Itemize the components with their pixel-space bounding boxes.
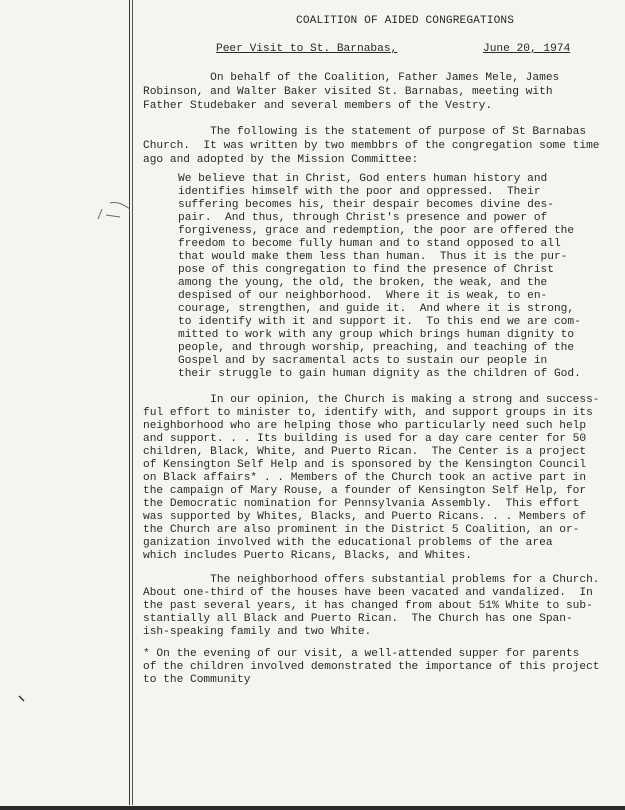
text-line: The neighborhood offers substantial prob… [143, 574, 600, 586]
text-line: Father Studebaker and several members of… [143, 100, 492, 112]
text-line: of Kensington Self Help and is sponsored… [143, 459, 586, 471]
text-line: people, and through worship, preaching, … [178, 342, 574, 354]
text-line: forgiveness, grace and redemption, the p… [178, 225, 574, 237]
text-line: Robinson, and Walter Baker visited St. B… [143, 86, 553, 98]
text-line: mitted to work with any group which brin… [178, 329, 574, 341]
text-line: Gospel and by sacramental acts to sustai… [178, 355, 547, 367]
margin-rule [129, 0, 130, 805]
text-line: Church. It was written by two membbrs of… [143, 140, 600, 152]
document-page: COALITION OF AIDED CONGREGATIONS Peer Vi… [0, 0, 625, 810]
page-bottom-edge [0, 806, 625, 810]
text-line: and support. . . Its building is used fo… [143, 433, 586, 445]
text-line: We believe that in Christ, God enters hu… [178, 173, 547, 185]
organization-title: COALITION OF AIDED CONGREGATIONS [296, 15, 514, 27]
text-line: the past several years, it has changed f… [143, 600, 593, 612]
text-line: identifies himself with the poor and opp… [178, 186, 541, 198]
text-line: the Church are also prominent in the Dis… [143, 524, 579, 536]
text-line: on Black affairs* . . Members of the Chu… [143, 472, 586, 484]
text-line: the campaign of Mary Rouse, a founder of… [143, 485, 586, 497]
ink-speck-icon [18, 695, 26, 703]
text-line: In our opinion, the Church is making a s… [143, 394, 600, 406]
document-subject: Peer Visit to St. Barnabas, [216, 43, 397, 55]
document-date: June 20, 1974 [483, 43, 570, 55]
text-line: despised of our neighborhood. Where it i… [178, 290, 547, 302]
text-line: that would make them less than human. Th… [178, 251, 567, 263]
text-line: to the Community [143, 674, 250, 686]
text-line: ganization involved with the educational… [143, 537, 553, 549]
pencil-mark-icon [80, 195, 140, 225]
text-line: * On the evening of our visit, a well-at… [143, 648, 579, 660]
text-line: of the children involved demonstrated th… [143, 661, 600, 673]
text-line: stantially all Black and Puerto Rican. T… [143, 613, 573, 625]
text-line: ful effort to minister to, identify with… [143, 407, 593, 419]
text-line: freedom to become fully human and to sta… [178, 238, 561, 250]
text-line: to identify with it and support it. To t… [178, 316, 581, 328]
text-line: which includes Puerto Ricans, Blacks, an… [143, 550, 472, 562]
text-line: ago and adopted by the Mission Committee… [143, 154, 418, 166]
text-line: On behalf of the Coalition, Father James… [143, 72, 559, 84]
margin-rule [132, 0, 133, 805]
text-line: About one-third of the houses have been … [143, 587, 593, 599]
text-line: courage, strengthen, and guide it. And w… [178, 303, 574, 315]
text-line: children, Black, White, and Puerto Rican… [143, 446, 586, 458]
text-line: the Democratic nomination for Pennsylvan… [143, 498, 579, 510]
text-line: neighborhood who are helping those who p… [143, 420, 586, 432]
text-line: pair. And thus, through Christ's presenc… [178, 212, 547, 224]
text-line: was supported by Whites, Blacks, and Pue… [143, 511, 586, 523]
text-line: their struggle to gain human dignity as … [178, 368, 581, 380]
text-line: suffering becomes his, their despair bec… [178, 199, 554, 211]
text-line: ish-speaking family and two White. [143, 626, 371, 638]
text-line: among the young, the old, the broken, th… [178, 277, 547, 289]
text-line: The following is the statement of purpos… [143, 126, 586, 138]
text-line: pose of this congregation to find the pr… [178, 264, 554, 276]
